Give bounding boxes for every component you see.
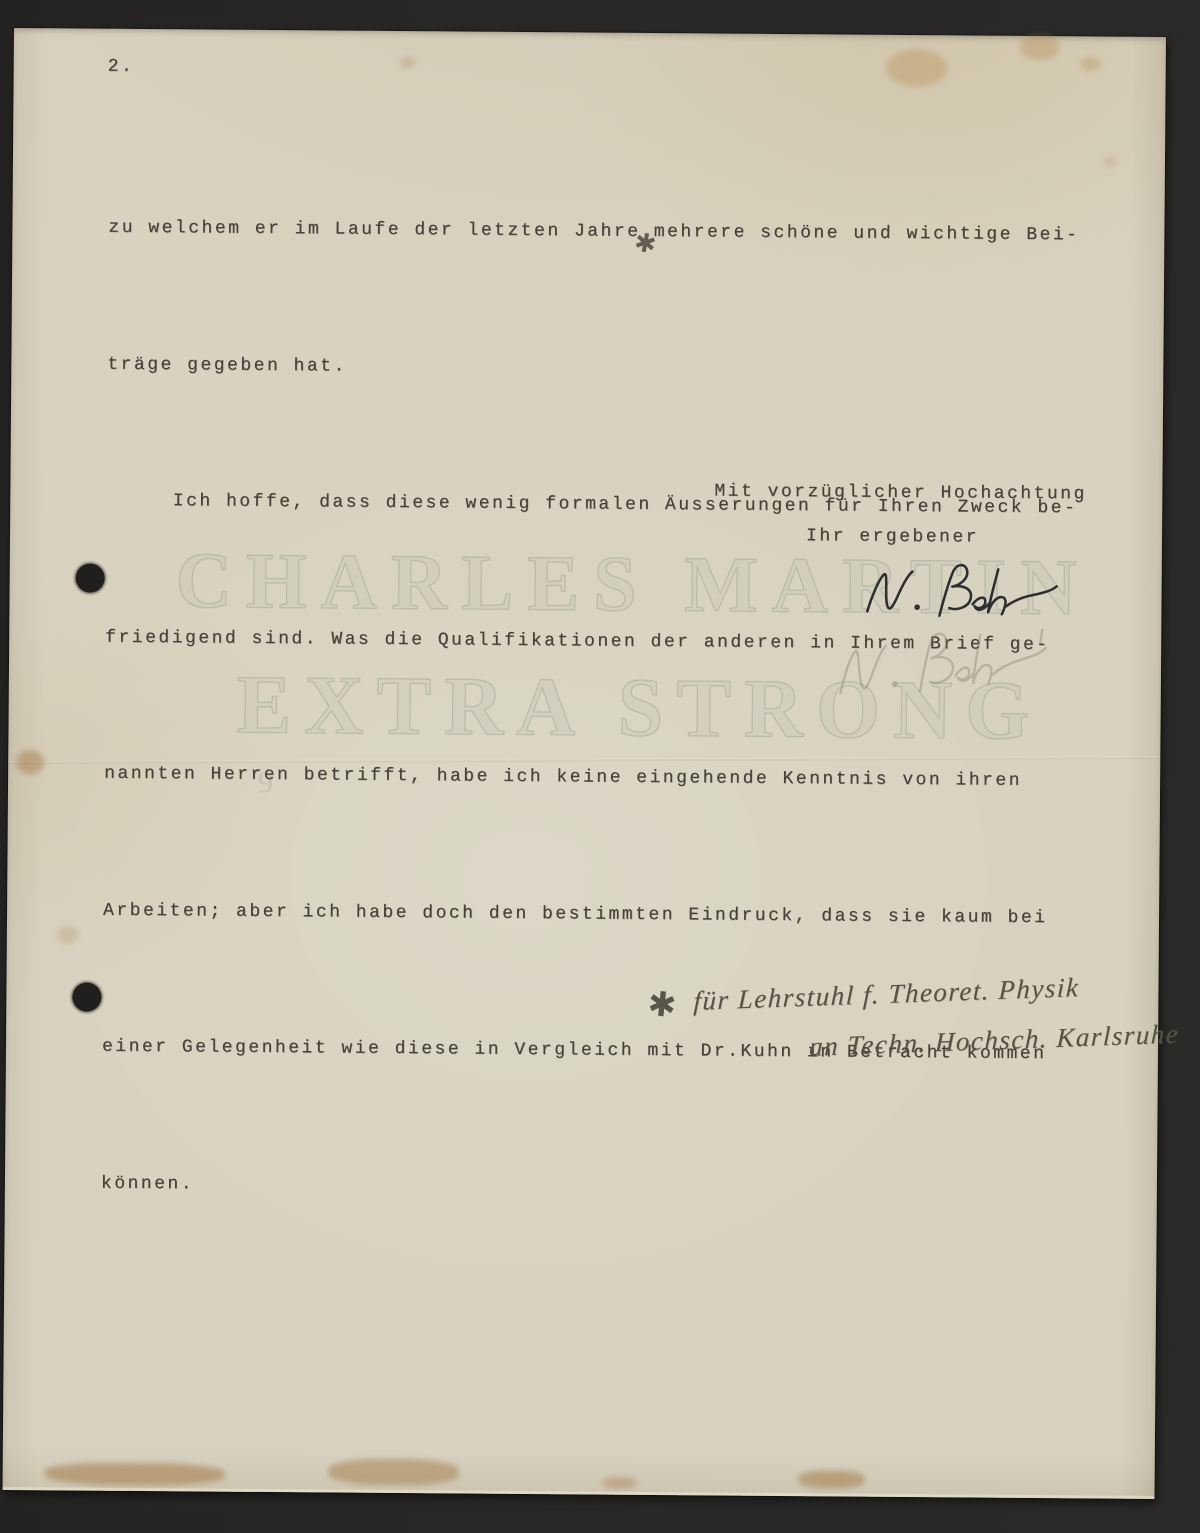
foxing-stain [1103,157,1117,167]
letter-paper: CHARLES MARTIN EXTRA STRONG 2. zu welche… [3,28,1166,1499]
punch-hole-bottom [72,982,101,1011]
closing-salutation: Mit vorzüglicher Hochachtung [714,482,1087,505]
body-line: träge gegeben hat. [107,342,1078,395]
foxing-stain [57,926,79,943]
pencil-mark: 9 [257,766,274,801]
body-line: zu welchem er im Laufe der letzten Jahre… [108,206,1079,259]
bottom-edge-stain [45,1462,225,1485]
foxing-stain [886,49,948,87]
letter-body: zu welchem er im Laufe der letzten Jahre… [100,115,1080,1306]
body-line: Arbeiten; aber ich habe doch den bestimm… [103,888,1074,941]
foxing-stain [16,750,44,774]
body-line: können. [101,1161,1072,1214]
foxing-stain [400,57,416,68]
foxing-stain [1020,34,1060,60]
closing-valediction: Ihr ergebener [806,526,979,547]
foxing-stain [1080,56,1102,71]
bottom-edge-stain [799,1470,865,1489]
scanned-letter-page: CHARLES MARTIN EXTRA STRONG 2. zu welche… [0,0,1200,1533]
bottom-edge-stain [603,1477,637,1489]
bottom-edge-stain [329,1459,459,1486]
page-number: 2. [108,57,135,77]
body-line: nannten Herren betrifft, habe ich keine … [104,752,1075,805]
punch-hole-top [76,564,105,593]
footnote-star-icon: ✱ [646,984,678,1027]
